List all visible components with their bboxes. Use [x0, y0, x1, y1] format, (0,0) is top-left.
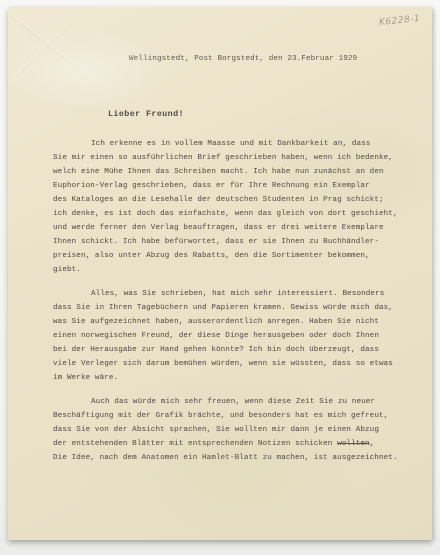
line-text: im Werke wäre.: [53, 374, 118, 382]
line-text: dass Sie von der Absicht sprachen, Sie w…: [53, 426, 379, 434]
line-text: Beschäftigung mit der Grafik brächte, un…: [53, 412, 388, 420]
crease-mark: [10, 15, 79, 70]
line-text: dass Sie in Ihren Tagebüchern und Papier…: [53, 304, 393, 312]
letter-line: dass Sie von der Absicht sprachen, Sie w…: [53, 423, 401, 437]
line-text: welch eine Mühe Ihnen das Schreiben mach…: [53, 168, 384, 176]
letter-line: im Werke wäre.: [53, 371, 401, 385]
line-text: Die Idee, nach dem Anatomen ein Hamlet-B…: [53, 454, 398, 462]
line-text: ,: [370, 440, 375, 448]
line-text: und werde ferner den Verlag beauftragen,…: [53, 224, 384, 232]
line-text: Ich erkenne es in vollem Maasse und mit …: [91, 140, 370, 148]
line-text: Sie mir einen so ausführlichen Brief ges…: [53, 154, 393, 162]
letter-line: ich denke, es ist doch das einfachste, w…: [53, 207, 401, 221]
archival-annotation: K6228-1: [378, 14, 420, 28]
letter-line: Alles, was Sie schrieben, hat mich sehr …: [53, 287, 401, 301]
paragraph: Ich erkenne es in vollem Maasse und mit …: [53, 137, 401, 277]
letter-line: viele Verleger sich darum bemühen würden…: [53, 357, 401, 371]
line-text: giebt.: [53, 266, 81, 274]
letter-line: Ich erkenne es in vollem Maasse und mit …: [53, 137, 401, 151]
salutation: Lieber Freund!: [108, 109, 184, 119]
paragraph: Auch das würde mich sehr freuen, wenn di…: [53, 395, 401, 465]
letter-line: Die Idee, nach dem Anatomen ein Hamlet-B…: [53, 451, 401, 465]
line-text: bei der Herausgabe zur Hand gehen könnte…: [53, 346, 379, 354]
letter-line: Euphorion-Verlag geschrieben, dass er fü…: [53, 179, 401, 193]
letter-line: bei der Herausgabe zur Hand gehen könnte…: [53, 343, 401, 357]
line-text: einen norwegischen Freund, der diese Din…: [53, 332, 379, 340]
letter-line: giebt.: [53, 263, 401, 277]
paragraph: Alles, was Sie schrieben, hat mich sehr …: [53, 287, 401, 385]
dateline: Wellingstedt, Post Borgstedt, den 23.Feb…: [129, 55, 357, 63]
letter-line: welch eine Mühe Ihnen das Schreiben mach…: [53, 165, 401, 179]
line-text: Auch das würde mich sehr freuen, wenn di…: [91, 398, 375, 406]
line-text: preisen, also unter Abzug des Rabatts, d…: [53, 252, 370, 260]
line-text: ich denke, es ist doch das einfachste, w…: [53, 210, 398, 218]
letter-line: was Sie aufgezeichnet haben, ausserorden…: [53, 315, 401, 329]
line-text: Euphorion-Verlag geschrieben, dass er fü…: [53, 182, 370, 190]
letter-line: Sie mir einen so ausführlichen Brief ges…: [53, 151, 401, 165]
letter-body: Ich erkenne es in vollem Maasse und mit …: [53, 137, 401, 465]
letter-line: Beschäftigung mit der Grafik brächte, un…: [53, 409, 401, 423]
letter-line: Auch das würde mich sehr freuen, wenn di…: [53, 395, 401, 409]
struck-word: wollten: [337, 440, 370, 448]
letter-line: Ihnen schickt. Ich habe befürwortet, das…: [53, 235, 401, 249]
line-text: Ihnen schickt. Ich habe befürwortet, das…: [53, 238, 379, 246]
crease-mark: [158, 90, 358, 101]
letter-line: preisen, also unter Abzug des Rabatts, d…: [53, 249, 401, 263]
letter-line: einen norwegischen Freund, der diese Din…: [53, 329, 401, 343]
scan-background: { "annotation": { "text": "K6228-1" }, "…: [0, 0, 440, 555]
letter-line: der entstehenden Blätter mit entsprechen…: [53, 437, 401, 451]
letter-line: dass Sie in Ihren Tagebüchern und Papier…: [53, 301, 401, 315]
line-text: der entstehenden Blätter mit entsprechen…: [53, 440, 337, 448]
crease-mark: [15, 27, 67, 77]
letter-page: K6228-1 Wellingstedt, Post Borgstedt, de…: [8, 7, 432, 540]
line-text: was Sie aufgezeichnet haben, ausserorden…: [53, 318, 379, 326]
line-text: Alles, was Sie schrieben, hat mich sehr …: [91, 290, 384, 298]
line-text: des Kataloges an die Lesehalle der deuts…: [53, 196, 384, 204]
line-text: viele Verleger sich darum bemühen würden…: [53, 360, 393, 368]
letter-line: des Kataloges an die Lesehalle der deuts…: [53, 193, 401, 207]
letter-line: und werde ferner den Verlag beauftragen,…: [53, 221, 401, 235]
